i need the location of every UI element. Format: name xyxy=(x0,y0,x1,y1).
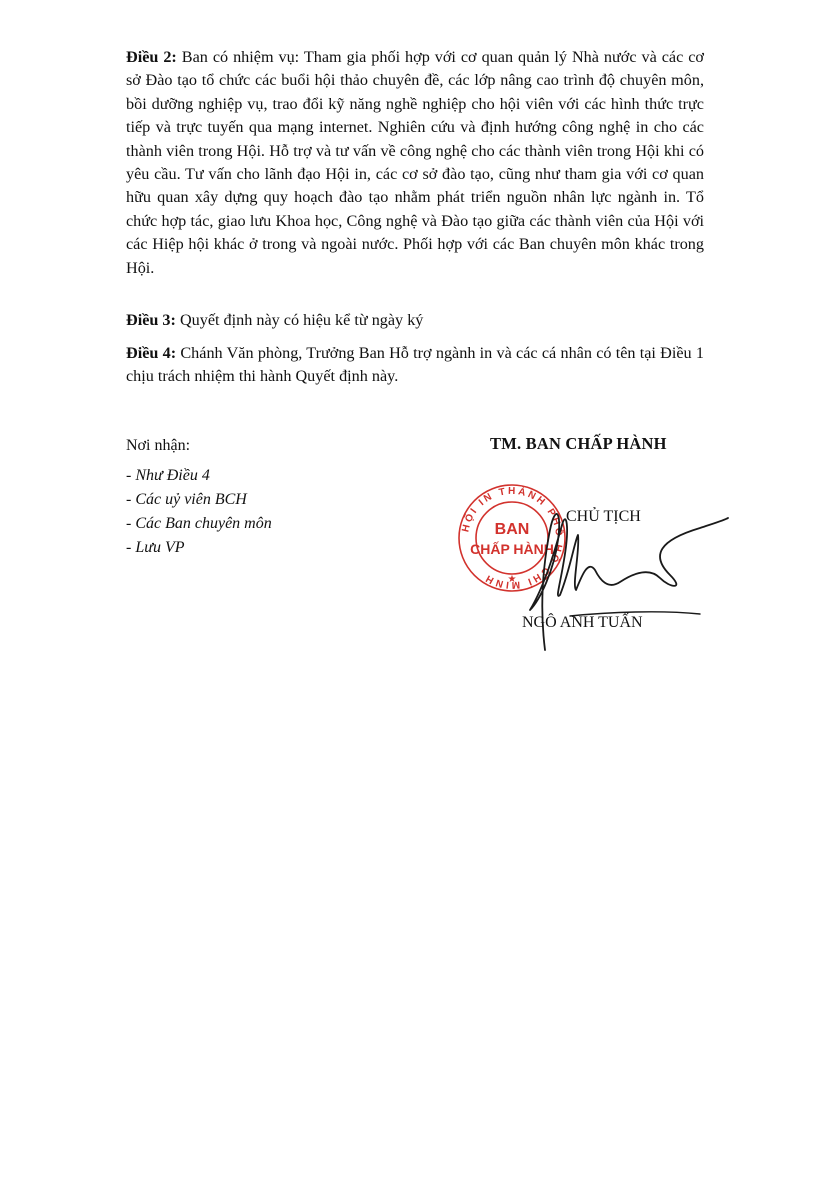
article-3-text: Quyết định này có hiệu kể từ ngày ký xyxy=(176,311,423,329)
article-2-text: Ban có nhiệm vụ: Tham gia phối hợp với c… xyxy=(126,48,704,277)
recipients-title: Nơi nhận: xyxy=(126,436,272,456)
recipients-section: Nơi nhận: - Như Điều 4 - Các uỷ viên BCH… xyxy=(126,436,272,560)
article-3-label: Điều 3: xyxy=(126,311,176,329)
signatory-name: NGÔ ANH TUẤN xyxy=(522,614,643,632)
signature-block: TM. BAN CHẤP HÀNH HỘI IN THÀNH PHỐ HỒ CH… xyxy=(440,434,730,674)
article-2: Điều 2: Ban có nhiệm vụ: Tham gia phối h… xyxy=(126,46,704,280)
article-3: Điều 3: Quyết định này có hiệu kể từ ngà… xyxy=(126,309,704,332)
recipient-item: - Như Điều 4 xyxy=(126,464,272,488)
article-2-label: Điều 2: xyxy=(126,48,177,66)
article-4-text: Chánh Văn phòng, Trưởng Ban Hỗ trợ ngành… xyxy=(126,344,704,385)
document-body: Điều 2: Ban có nhiệm vụ: Tham gia phối h… xyxy=(126,46,704,298)
recipient-item: - Các Ban chuyên môn xyxy=(126,512,272,536)
article-4-label: Điều 4: xyxy=(126,344,176,362)
article-4: Điều 4: Chánh Văn phòng, Trưởng Ban Hỗ t… xyxy=(126,342,704,389)
handwritten-signature-icon xyxy=(500,490,730,660)
recipient-item: - Các uỷ viên BCH xyxy=(126,488,272,512)
recipients-list: - Như Điều 4 - Các uỷ viên BCH - Các Ban… xyxy=(126,464,272,560)
signature-title: TM. BAN CHẤP HÀNH xyxy=(490,434,667,454)
recipient-item: - Lưu VP xyxy=(126,536,272,560)
